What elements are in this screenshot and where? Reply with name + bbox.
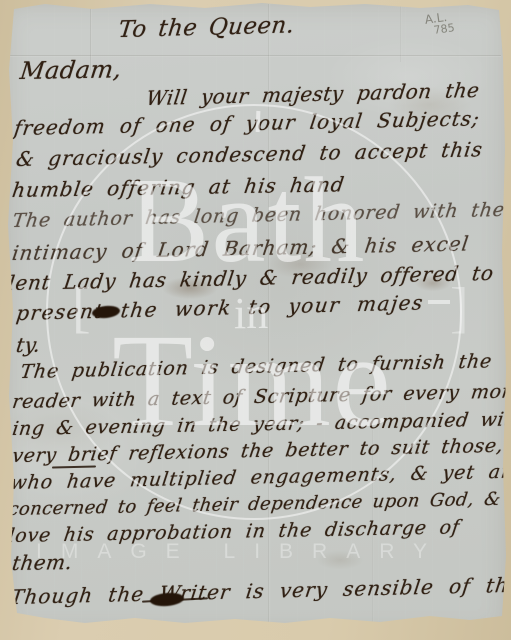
letter-line: ty.	[15, 333, 43, 357]
letter-line: The author has long been honored with th…	[11, 199, 506, 232]
letter-line: reader with a text of Scripture for ever…	[11, 380, 511, 413]
letter-line: The publication is designed to furnish t…	[19, 350, 494, 383]
letter-paper: A.L. 785 To the Queen. Madam, Will your …	[0, 0, 511, 640]
letter-line: humble offering at his hand	[11, 172, 347, 202]
letter-line: & graciously condescend to accept this	[15, 137, 485, 171]
fold-crease-vertical-right	[400, 4, 402, 62]
underline-brief	[52, 465, 96, 468]
letter-line: them.	[11, 550, 74, 575]
ink-dot	[6, 308, 11, 314]
letter-line: love his approbation in the discharge of	[7, 516, 461, 547]
letter-salutation: Madam,	[19, 55, 124, 85]
letter-line: freedom of one of your loyal Subjects;	[13, 106, 482, 140]
letter-line: Will your majesty pardon the	[145, 78, 481, 110]
scanned-letter-photo: A.L. 785 To the Queen. Madam, Will your …	[0, 0, 511, 640]
watermark-right-bracket: ]	[450, 280, 469, 336]
letter-heading: To the Queen.	[117, 12, 296, 43]
letter-line: concerned to feel their dependence upon …	[7, 488, 511, 520]
letter-line: intimacy of Lord Barham; & his excel	[11, 231, 471, 265]
pencil-annotation-number: 785	[433, 22, 455, 36]
letter-line: Though the Writer is very sensible of th…	[9, 572, 511, 609]
letter-line: present the work to your majes	[15, 290, 426, 325]
watermark-dash	[428, 300, 450, 304]
